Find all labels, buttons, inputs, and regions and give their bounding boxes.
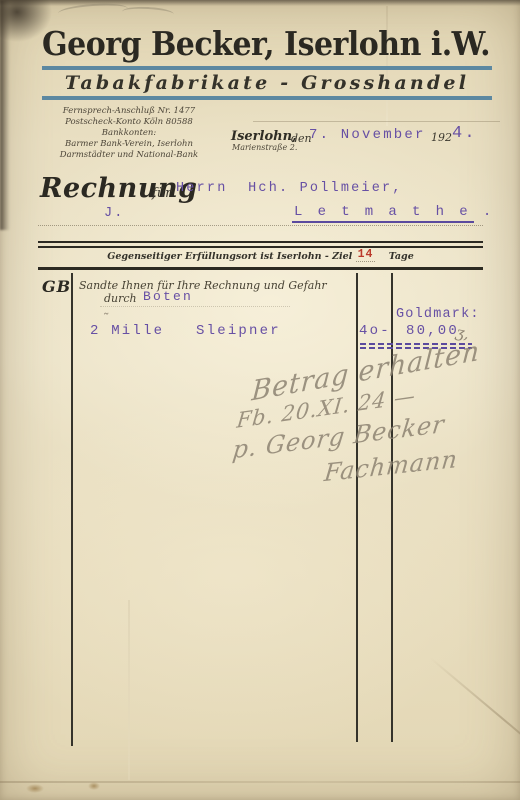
invoice-photo: Georg Becker, Iserlohn i.W. Tabakfabrika…: [0, 0, 520, 800]
currency-label: Goldmark:: [396, 307, 480, 322]
terms-rule-top: [38, 241, 483, 248]
contact-postcheck: Postscheck-Konto Köln 80588: [44, 117, 214, 128]
recipient-city-underline: [292, 221, 474, 223]
delivery-method-typed: Boten: [143, 289, 193, 304]
company-tagline: Tabakfabrikate - Grosshandel: [42, 72, 492, 94]
dateline: Iserlohn, den 7. November 192 4. Mariens…: [231, 126, 511, 148]
invoice-fuer: für: [152, 186, 171, 201]
contact-phone: Fernsprech-Anschluß Nr. 1477: [44, 106, 214, 117]
dateline-street: Marienstraße 2.: [232, 143, 297, 152]
terms-rule-bottom: [38, 267, 483, 270]
terms-days-typed: 14: [356, 248, 376, 262]
recipient-city: L e t m a t h e .: [294, 204, 495, 220]
contact-bank-2: Darmstädter und National-Bank: [44, 150, 214, 161]
unit-price: 4o-: [359, 323, 391, 339]
recipient-initial: J.: [104, 206, 125, 221]
item-line: 2 Mille Sleipner: [90, 323, 281, 339]
paper-crease-vertical-2: [128, 600, 130, 780]
date-rule: [253, 121, 500, 122]
total-amount: 80,00: [406, 323, 459, 339]
blue-rule-top: [42, 66, 492, 70]
contact-bank-1: Barmer Bank-Verein, Iserlohn: [44, 139, 214, 150]
table-line-price: [356, 273, 358, 742]
body-text-line1: Sandte Ihnen für Ihre Rechnung und Gefah…: [79, 279, 327, 292]
body-text-durch: durch: [104, 292, 137, 305]
gb-label: GB: [42, 277, 71, 296]
dotted-rule-durch: [100, 306, 290, 307]
blue-rule-bottom: [42, 96, 492, 100]
dateline-year-printed: 192: [431, 131, 452, 144]
paper-crease-bottom: [0, 781, 520, 783]
contact-block: Fernsprech-Anschluß Nr. 1477 Postscheck-…: [44, 106, 214, 161]
stain-spot: [88, 782, 100, 790]
stain-spot: [26, 784, 44, 793]
recipient-name: Herrn Hch. Pollmeier,: [176, 181, 403, 196]
company-name: Georg Becker, Iserlohn i.W.: [42, 26, 494, 64]
dateline-typed-date: 7. November: [309, 127, 426, 143]
contact-bank-header: Bankkonten:: [44, 128, 214, 139]
invoice-title: Rechnung: [40, 173, 197, 204]
dateline-place: Iserlohn,: [231, 129, 297, 144]
table-line-gb: [71, 273, 73, 746]
terms-text-before: Gegenseitiger Erfüllungsort ist Iserlohn…: [107, 251, 352, 262]
dateline-year-typed: 4.: [452, 124, 477, 143]
terms-text-after: Tage: [389, 251, 414, 262]
dotted-rule: [38, 225, 483, 226]
terms-line: Gegenseitiger Erfüllungsort ist Iserlohn…: [38, 250, 483, 263]
